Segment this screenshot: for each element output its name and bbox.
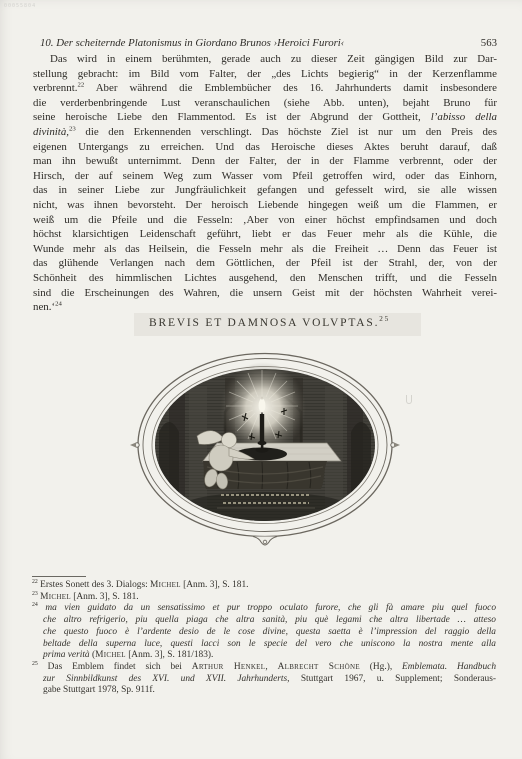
scan-watermark: 00055804 bbox=[4, 3, 36, 9]
footnote-line: che questo fuoco è l’ardente desio de le… bbox=[32, 627, 496, 639]
footnote: 22 Erstes Sonett des 3. Dialogs: Michel … bbox=[32, 580, 496, 592]
footnote: 23 Michel [Anm. 3], S. 181. bbox=[32, 592, 496, 604]
body-line: Das wird in einem berühmten, gerade auch… bbox=[33, 52, 497, 67]
body-line: stellung gebracht: im Bild vom Falter, d… bbox=[33, 67, 497, 82]
footnote-line: gabe Stuttgart 1978, Sp. 911f. bbox=[32, 685, 496, 697]
flame bbox=[259, 399, 266, 413]
emblem-image bbox=[125, 348, 405, 560]
footnote-separator bbox=[32, 576, 86, 577]
engraving-scene bbox=[155, 362, 375, 524]
running-header: 10. Der scheiternde Platonismus in Giord… bbox=[40, 37, 497, 50]
chapter-title: 10. Der scheiternde Platonismus in Giord… bbox=[40, 37, 344, 49]
footnote: 24 ma vien guidato da un sensatissimo et… bbox=[32, 603, 496, 662]
emblem-caption: BREVIS ET DAMNOSA VOLVPTAS.25 bbox=[134, 317, 421, 329]
body-line: die verderbenbringende Lust veranschauli… bbox=[33, 96, 497, 111]
body-line: Schönheit des himmlischen Lichtes ausgeh… bbox=[33, 271, 497, 286]
body-line: weiß um die Pfeile und die Fesseln: ‚Abe… bbox=[33, 213, 497, 228]
body-line: verbrennt.22 Aber während die Emblembüch… bbox=[33, 81, 497, 96]
body-line: divinità,23 die den Erkennenden verschli… bbox=[33, 125, 497, 140]
footnote-line: 24 ma vien guidato da un sensatissimo et… bbox=[32, 603, 496, 615]
body-line: das in seiner Liebe zur Jungfräulichkeit… bbox=[33, 183, 497, 198]
body-line: man ihn bewußt unternimmt. Denn der Falt… bbox=[33, 154, 497, 169]
footnote: 25 Das Emblem findet sich bei Arthur Hen… bbox=[32, 662, 496, 697]
footnote-line: 25 Das Emblem findet sich bei Arthur Hen… bbox=[32, 662, 496, 674]
body-line: sind die Erscheinungen des Wahren, die u… bbox=[33, 286, 497, 301]
footnote-line: beltade della superna luce, questi lacci… bbox=[32, 639, 496, 651]
footnote-line: che altro refrigerio, piu quella piaga c… bbox=[32, 615, 496, 627]
scan-smudge bbox=[406, 395, 412, 404]
body-line: nicht, was ihnen bevorsteht. Der heroisc… bbox=[33, 198, 497, 213]
body-line: Wunde mehr als das Heilsein, die Fesseln… bbox=[33, 242, 497, 257]
footnote-line: zur Sinnbildkunst des XVI. und XVII. Jah… bbox=[32, 674, 496, 686]
body-line: das glühende Verlangen nach dem Göttlich… bbox=[33, 256, 497, 271]
emblem-figure bbox=[125, 348, 405, 560]
body-line: seine heroische Liebe den Flammentod. Es… bbox=[33, 110, 497, 125]
footnotes: 22 Erstes Sonett des 3. Dialogs: Michel … bbox=[32, 580, 496, 697]
footnote-line: 23 Michel [Anm. 3], S. 181. bbox=[32, 592, 496, 604]
body-line: höchst klarsichtigen Leidenschaft geführ… bbox=[33, 227, 497, 242]
body-paragraph: Das wird in einem berühmten, gerade auch… bbox=[33, 52, 497, 315]
body-line: eigenen Untergangs zu erreichen. Und das… bbox=[33, 140, 497, 155]
book-page-scan: 00055804 10. Der scheiternde Platonismus… bbox=[0, 0, 522, 759]
footnote-line: 22 Erstes Sonett des 3. Dialogs: Michel … bbox=[32, 580, 496, 592]
body-line: Hirsch, der auf seinem Weg zum Wasser vo… bbox=[33, 169, 497, 184]
page-number: 563 bbox=[481, 37, 497, 50]
footnote-line: prima verità (Michel [Anm. 3], S. 181/18… bbox=[32, 650, 496, 662]
emblem-caption-band: BREVIS ET DAMNOSA VOLVPTAS.25 bbox=[134, 313, 421, 336]
